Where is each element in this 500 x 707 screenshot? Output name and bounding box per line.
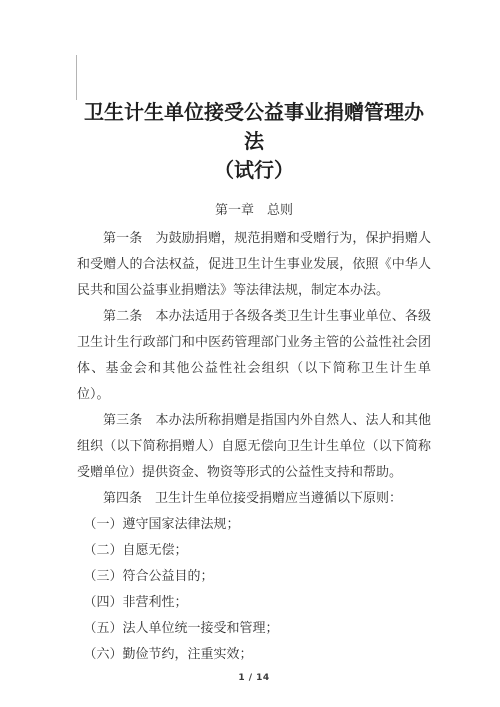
principle-item-6: （六）勤俭节约，注重实效； <box>77 642 431 668</box>
chapter-heading: 第一章 总则 <box>77 202 431 220</box>
article-paragraph-2: 第二条 本办法适用于各级各类卫生计生事业单位、各级卫生计生行政部门和中医药管理部… <box>77 304 431 408</box>
document-title-line2: （试行） <box>77 156 431 185</box>
article-paragraph-4: 第四条 卫生计生单位接受捐赠应当遵循以下原则： <box>77 486 431 512</box>
document-body: 第一条 为鼓励捐赠，规范捐赠和受赠行为，保护捐赠人和受赠人的合法权益，促进卫生计… <box>77 226 431 668</box>
principle-item-5: （五）法人单位统一接受和管理； <box>77 616 431 642</box>
page-number: 1 / 14 <box>77 673 431 683</box>
principle-item-2: （二）自愿无偿； <box>77 538 431 564</box>
document-title: 卫生计生单位接受公益事业捐赠管理办法 （试行） <box>77 98 431 185</box>
document-page: 卫生计生单位接受公益事业捐赠管理办法 （试行） 第一章 总则 第一条 为鼓励捐赠… <box>0 0 500 707</box>
document-content: 卫生计生单位接受公益事业捐赠管理办法 （试行） 第一章 总则 第一条 为鼓励捐赠… <box>77 0 431 683</box>
principle-item-1: （一）遵守国家法律法规； <box>77 512 431 538</box>
article-paragraph-1: 第一条 为鼓励捐赠，规范捐赠和受赠行为，保护捐赠人和受赠人的合法权益，促进卫生计… <box>77 226 431 304</box>
article-paragraph-3: 第三条 本办法所称捐赠是指国内外自然人、法人和其他组织（以下简称捐赠人）自愿无偿… <box>77 408 431 486</box>
document-title-line1: 卫生计生单位接受公益事业捐赠管理办法 <box>77 98 431 156</box>
principle-item-3: （三）符合公益目的； <box>77 564 431 590</box>
principle-item-4: （四）非营利性； <box>77 590 431 616</box>
